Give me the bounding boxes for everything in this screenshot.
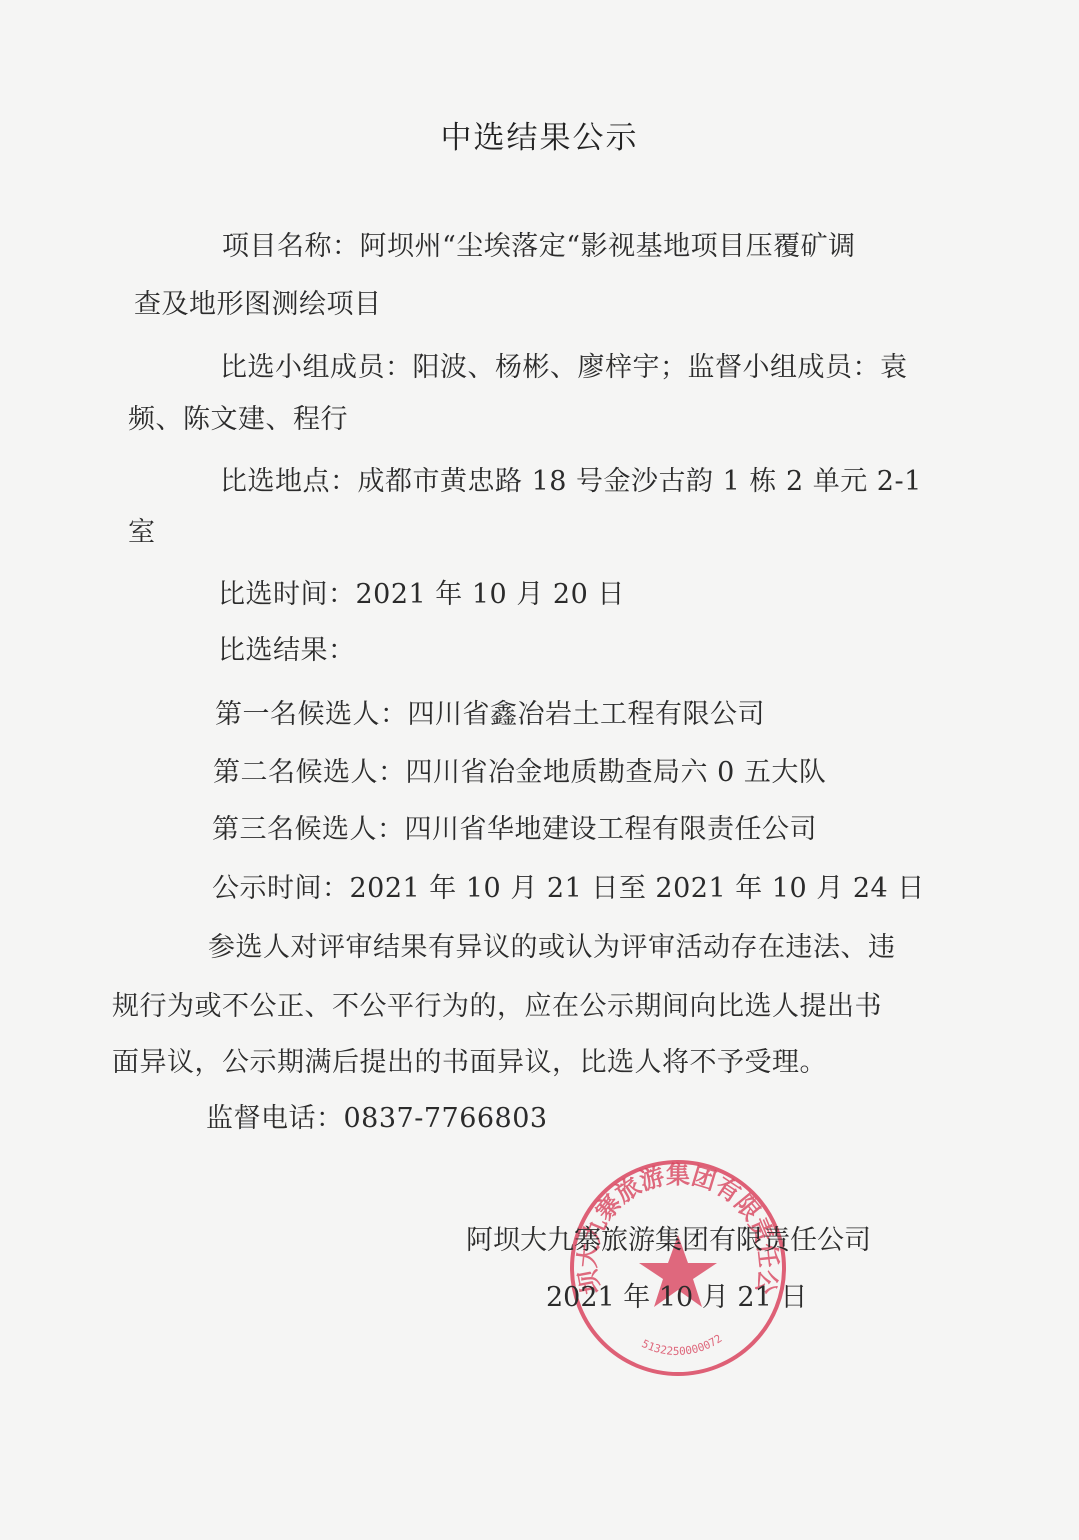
candidate-rank-label: 第一名候选人：: [215, 699, 408, 730]
candidate-3: 第三名候选人：四川省华地建设工程有限责任公司: [212, 807, 817, 846]
location-line-2: 室: [128, 510, 156, 549]
supervision-phone: 监督电话：0837-7766803: [206, 1096, 548, 1135]
project-name-label: 项目名称：: [222, 231, 360, 262]
candidate-name: 四川省鑫冶岩土工程有限公司: [408, 699, 766, 730]
candidate-2: 第二名候选人：四川省冶金地质勘查局六 0 五大队: [213, 750, 826, 789]
seal-code: 5132250000072: [640, 1332, 725, 1358]
candidate-name: 四川省冶金地质勘查局六 0 五大队: [406, 757, 827, 788]
project-name-line-1: 项目名称：阿坝州“尘埃落定“影视基地项目压覆矿调: [222, 224, 856, 263]
project-name-line-2: 查及地形图测绘项目: [134, 282, 382, 321]
candidate-rank-label: 第三名候选人：: [212, 814, 405, 845]
objection-line-2: 规行为或不公正、不公平行为的，应在公示期间向比选人提出书: [112, 984, 882, 1023]
signature-date: 2021 年 10 月 21 日: [546, 1275, 807, 1314]
selection-time: 比选时间：2021 年 10 月 20 日: [218, 572, 625, 611]
official-seal-stamp: 阿坝大九寨旅游集团有限责任公司 5132250000072: [567, 1157, 789, 1379]
publicity-period: 公示时间：2021 年 10 月 21 日至 2021 年 10 月 24 日: [212, 866, 925, 905]
objection-line-1: 参选人对评审结果有异议的或认为评审活动存在违法、违: [208, 925, 896, 964]
panel-members-line-1: 比选小组成员：阳波、杨彬、廖梓宇；监督小组成员：袁: [220, 345, 908, 384]
location-line-1: 比选地点：成都市黄忠路 18 号金沙古韵 1 栋 2 单元 2-1: [220, 459, 922, 498]
document-page: 中选结果公示 项目名称：阿坝州“尘埃落定“影视基地项目压覆矿调 查及地形图测绘项…: [0, 0, 1079, 1540]
document-title: 中选结果公示: [0, 112, 1079, 157]
candidate-rank-label: 第二名候选人：: [213, 757, 406, 788]
candidate-name: 四川省华地建设工程有限责任公司: [405, 814, 818, 845]
svg-text:5132250000072: 5132250000072: [640, 1332, 725, 1358]
signature-company: 阿坝大九寨旅游集团有限责任公司: [466, 1218, 871, 1257]
candidate-1: 第一名候选人：四川省鑫冶岩土工程有限公司: [215, 692, 765, 731]
results-heading: 比选结果：: [218, 628, 356, 667]
objection-line-3: 面异议，公示期满后提出的书面异议，比选人将不予受理。: [112, 1040, 827, 1079]
project-name-value: 阿坝州“尘埃落定“影视基地项目压覆矿调: [360, 231, 856, 262]
panel-members-line-2: 频、陈文建、程行: [128, 397, 348, 436]
